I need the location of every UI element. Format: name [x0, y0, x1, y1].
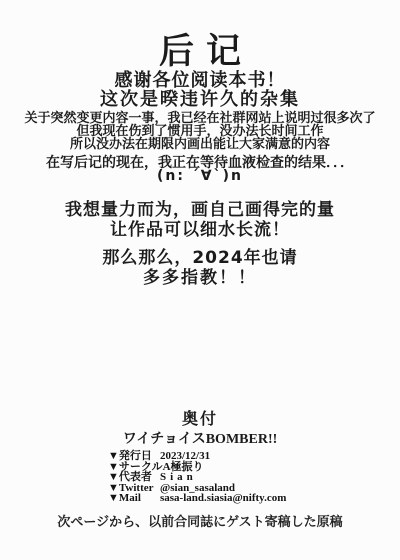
publish-date-label: ▼発行日: [108, 451, 160, 462]
paragraph4-line2: 多多指教！！: [0, 263, 400, 288]
paragraph3-line2: 让作品可以细水长流！: [0, 215, 400, 240]
kaomoji-emoticon: (n: ´∀`)n: [0, 168, 400, 184]
colophon-row-representative: ▼代表者 Sian: [108, 472, 286, 483]
representative-value: Sian: [160, 472, 197, 483]
mail-label: ▼Mail: [108, 493, 160, 504]
afterword-page: 后记 感谢各位阅读本书！ 这次是暌违许久的杂集 关于突然变更内容一事，我已经在社…: [0, 0, 400, 560]
colophon-row-mail: ▼Mail sasa-land.siasia@nifty.com: [108, 493, 286, 504]
colophon-list: ▼発行日 2023/12/31 ▼サークル A極振り ▼代表者 Sian ▼Tw…: [108, 451, 286, 504]
colophon-row-publish-date: ▼発行日 2023/12/31: [108, 451, 286, 462]
publish-date-value: 2023/12/31: [160, 451, 210, 462]
next-page-note: 次ページから、以前合同誌にゲスト寄稿した原稿: [0, 511, 400, 530]
paragraph1-line3: 所以没办法在期限内画出能让大家满意的内容: [0, 133, 400, 152]
colophon-heading: 奥付: [0, 406, 400, 429]
colophon-work-title: ワイチョイスBOMBER!!: [0, 428, 400, 448]
representative-label: ▼代表者: [108, 472, 160, 483]
mail-address: sasa-land.siasia@nifty.com: [160, 493, 286, 504]
